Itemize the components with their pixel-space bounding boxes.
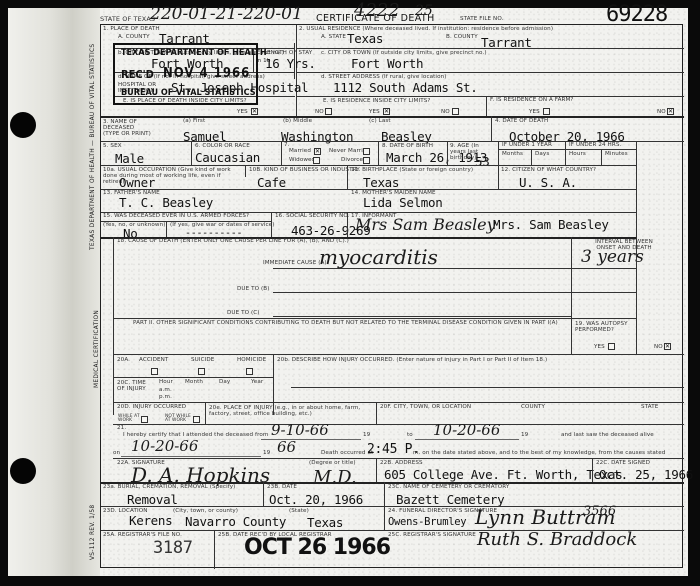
- divider: [214, 530, 215, 569]
- state-label: STATE OF TEXAS: [100, 16, 155, 23]
- birthplace: Texas: [363, 177, 399, 190]
- attended-to: 10-20-66: [433, 423, 500, 438]
- autopsy-no-label: NO: [654, 345, 663, 351]
- divider: [263, 482, 264, 506]
- degree-label: (Degree or title): [309, 461, 356, 467]
- death-inside-yes-label: YES: [237, 110, 248, 116]
- physician-degree: M.D.: [313, 469, 357, 487]
- am-label: a.m.: [159, 388, 172, 394]
- year-label: Year: [251, 380, 263, 386]
- place-of-death-label: 1. PLACE OF DEATH: [103, 27, 160, 33]
- divider: [113, 318, 636, 319]
- farm-no-checkbox[interactable]: [667, 108, 674, 115]
- length-of-stay: 16 Yrs.: [265, 58, 316, 71]
- cemetery-label: 23c. NAME OF CEMETERY OR CREMATORY: [388, 485, 509, 491]
- death-year: 66: [277, 440, 296, 455]
- suicide-checkbox[interactable]: [198, 368, 205, 375]
- date-signed: Oct. 25, 1966: [599, 469, 693, 482]
- last-seen-text: and last saw the deceased alive: [561, 433, 654, 439]
- age: 53: [475, 156, 489, 169]
- registrar-file-number: 3187: [153, 540, 193, 557]
- divider: [113, 402, 684, 403]
- sex-label: 5. SEX: [103, 144, 122, 150]
- burial-date-label: 23b. DATE: [267, 485, 297, 491]
- handwritten-small-number: 25: [415, 4, 433, 18]
- handwritten-codes: 220-01-21-220-01: [150, 6, 303, 23]
- describe-injury-label: 20b. DESCRIBE HOW INJURY OCCURRED. (Ente…: [277, 358, 547, 364]
- on-label: on: [113, 451, 120, 457]
- pm-label: p.m.: [159, 395, 172, 401]
- divider: [113, 237, 114, 415]
- hour-label: Hour: [159, 380, 173, 386]
- state-file-label: STATE FILE NO.: [460, 17, 504, 23]
- due-to-b-label: DUE TO (b): [237, 287, 270, 293]
- stub-label-department: TEXAS DEPARTMENT OF HEALTH — BUREAU OF V…: [88, 44, 96, 250]
- res-inside-yes-checkbox[interactable]: [383, 108, 390, 115]
- res-street: 1112 South Adams St.: [333, 82, 478, 95]
- stamp-received: REC'D: [121, 69, 154, 80]
- widowed-checkbox[interactable]: [313, 157, 320, 164]
- burial-method: Removal: [127, 494, 178, 507]
- death-occurred-at-label: Death occurred at: [321, 451, 373, 457]
- form-stub: [8, 8, 100, 576]
- divider: [498, 165, 636, 166]
- never-married-checkbox[interactable]: [363, 148, 370, 155]
- text-19: 19: [363, 433, 370, 439]
- injury-county-label: COUNTY: [521, 405, 545, 411]
- part2-label: PART II. OTHER SIGNIFICANT CONDITIONS CO…: [133, 321, 558, 327]
- immediate-cause: myocarditis: [319, 247, 438, 267]
- citizen: U. S. A.: [519, 177, 577, 190]
- divider: [113, 354, 684, 355]
- widowed-label: Widowed: [289, 158, 315, 164]
- divider: [121, 456, 261, 457]
- date-of-birth-label: 8. DATE OF BIRTH: [382, 144, 433, 150]
- divider: [565, 141, 566, 165]
- race: Caucasian: [195, 152, 260, 165]
- res-inside-limits-label: e. IS RESIDENCE INSIDE CITY LIMITS?: [323, 99, 430, 105]
- time-of-injury-label: 20c. TIME OF INJURY: [117, 380, 149, 392]
- res-state-label: a. STATE: [321, 35, 346, 41]
- death-inside-yes-checkbox[interactable]: [251, 108, 258, 115]
- res-state: Texas: [347, 33, 383, 46]
- manner-label: 20a.: [117, 358, 130, 364]
- farm-yes-checkbox[interactable]: [543, 108, 550, 115]
- divider: [296, 72, 684, 73]
- cause-label: 18. CAUSE OF DEATH (Enter only one cause…: [117, 239, 349, 245]
- citizen-label: 12. CITIZEN OF WHAT COUNTRY?: [501, 168, 596, 174]
- not-while-at-work-checkbox[interactable]: [193, 416, 200, 423]
- divorced-checkbox[interactable]: [363, 157, 370, 164]
- divider: [271, 212, 272, 237]
- divider: [291, 387, 684, 388]
- handwritten-number: 4222: [354, 2, 400, 20]
- father-name: T. C. Beasley: [119, 197, 213, 210]
- divider: [531, 149, 532, 165]
- farm-no-label: NO: [657, 110, 666, 116]
- divider: [191, 141, 192, 165]
- informant-name: Mrs. Sam Beasley: [493, 219, 609, 232]
- day-label: Day: [219, 380, 230, 386]
- divider: [113, 458, 684, 459]
- autopsy-yes-checkbox[interactable]: [608, 343, 615, 350]
- divider: [166, 221, 167, 237]
- stamp-line3: BUREAU OF VITAL STATISTICS: [121, 89, 256, 98]
- divider: [113, 424, 684, 425]
- res-inside-no-checkbox[interactable]: [452, 108, 459, 115]
- funeral-director-number: 3566: [583, 505, 616, 518]
- divider: [592, 458, 593, 482]
- injury-state-label: STATE: [641, 405, 658, 411]
- burial-location-county: Navarro County: [185, 516, 286, 529]
- immediate-cause-label: IMMEDIATE CAUSE (a): [263, 261, 327, 267]
- funeral-home: Owens-Brumley: [388, 517, 466, 528]
- registrar-signature: Ruth S. Braddock: [477, 531, 637, 549]
- while-at-work-checkbox[interactable]: [141, 416, 148, 423]
- divider: [376, 458, 377, 482]
- divider: [273, 316, 571, 317]
- text-to: to: [407, 433, 413, 439]
- divider: [636, 141, 637, 237]
- divider: [376, 402, 377, 424]
- death-county-label: a. COUNTY: [118, 35, 150, 41]
- informant-signature: Mrs Sam Beasley: [355, 217, 496, 233]
- divider: [101, 165, 498, 166]
- autopsy-no-checkbox[interactable]: [664, 343, 671, 350]
- armed-forces-label: 15. WAS DECEASED EVER IN U.S. ARMED FORC…: [103, 214, 249, 220]
- form-id: VS-112 REV. 1/58: [88, 505, 96, 560]
- medical-certification-label: MEDICAL CERTIFICATION: [92, 310, 100, 388]
- homicide-checkbox[interactable]: [246, 368, 253, 375]
- divider: [636, 237, 637, 354]
- death-certificate-form: 1. PLACE OF DEATH a. COUNTY Tarrant b. C…: [100, 24, 683, 568]
- first-name-label: (a) First: [183, 119, 205, 125]
- divider: [486, 96, 487, 116]
- due-to-c-label: DUE TO (c): [227, 311, 260, 317]
- while-at-work-label: WHILE AT WORK: [118, 415, 140, 424]
- scan-border: [0, 576, 700, 586]
- divider: [498, 149, 636, 150]
- middle-name-label: (b) Middle: [283, 119, 312, 125]
- divider: [245, 165, 246, 177]
- race-label: 6. COLOR OR RACE: [195, 144, 250, 150]
- divider: [571, 237, 572, 354]
- stamp-line1: TEXAS DEPARTMENT OF HEALTH: [121, 49, 267, 58]
- under-1-year-label: IF UNDER 1 YEAR: [502, 143, 552, 149]
- death-inside-no-label: NO: [315, 110, 324, 116]
- text-19c: 19: [263, 451, 270, 457]
- last-name-label: (c) Last: [369, 119, 391, 125]
- death-time: 2:45 P.: [367, 443, 420, 456]
- burial-location-state-sub: (State): [289, 509, 309, 515]
- certify-end-text: m. on the date stated above, and to the …: [413, 451, 665, 457]
- date-of-death-label: 4. DATE OF DEATH: [495, 119, 548, 125]
- mother-name: Lida Selmon: [363, 197, 442, 210]
- res-county-label: b. COUNTY: [446, 35, 478, 41]
- accident-label: ACCIDENT: [139, 358, 168, 364]
- text-19b: 19: [521, 433, 528, 439]
- divider: [296, 48, 684, 49]
- res-inside-no-label: NO: [441, 110, 450, 116]
- divider: [281, 141, 282, 165]
- days-label: Days: [535, 152, 549, 158]
- divider: [113, 377, 273, 378]
- divider: [347, 165, 348, 189]
- burial-location-city: Kerens: [129, 515, 172, 528]
- physician-address: 605 College Ave. Ft. Worth, Texas: [384, 469, 622, 482]
- registrar-signature-label: 25c. REGISTRAR'S SIGNATURE: [388, 533, 476, 539]
- burial-location-state: Texas: [307, 517, 343, 530]
- stamp-date: NOV 4 1966: [163, 67, 250, 80]
- months-label: Months: [502, 152, 523, 158]
- divider: [447, 141, 448, 165]
- injury-occurred-label: 20d. INJURY OCCURRED: [117, 405, 186, 411]
- suicide-label: SUICIDE: [191, 358, 214, 364]
- minutes-label: Minutes: [605, 152, 628, 158]
- date-signed-label: 22c. DATE SIGNED: [596, 461, 650, 467]
- divider: [261, 439, 361, 440]
- not-while-at-work-label: NOT WHILE AT WORK: [165, 415, 193, 424]
- month-label: Month: [185, 380, 203, 386]
- death-inside-no-checkbox[interactable]: [325, 108, 332, 115]
- occupation: Owner: [119, 177, 155, 190]
- injury-location-label: 20f. CITY, TOWN, OR LOCATION: [380, 405, 471, 411]
- farm-label: f. IS RESIDENCE ON A FARM?: [490, 98, 574, 104]
- divider: [347, 212, 348, 237]
- homicide-label: HOMICIDE: [237, 358, 266, 364]
- punch-hole-top: [10, 112, 36, 138]
- interval-onset-death: 3 years: [581, 249, 644, 266]
- sex: Male: [115, 153, 144, 166]
- divider: [601, 149, 602, 165]
- res-city: Fort Worth: [351, 58, 423, 71]
- attended-from: 9-10-66: [271, 423, 329, 438]
- birthplace-label: 11. BIRTHPLACE (State or foreign country…: [351, 168, 473, 174]
- certification-number: 21.: [117, 426, 126, 432]
- place-of-injury-label: 20e. PLACE OF INJURY (e.g., in or about …: [209, 405, 369, 418]
- divider: [415, 439, 519, 440]
- divider: [491, 116, 492, 141]
- burial-method-label: 23a. BURIAL, CREMATION, REMOVAL (Specify…: [103, 485, 235, 491]
- autopsy-label: 19. WAS AUTOPSY PERFORMED?: [575, 321, 635, 334]
- hours-label: Hours: [569, 152, 586, 158]
- married-label: Married: [289, 149, 311, 155]
- divider: [205, 402, 206, 424]
- last-seen-date: 10-20-66: [131, 439, 198, 454]
- divider: [273, 292, 571, 293]
- business: Cafe: [257, 177, 286, 190]
- res-inside-yes-label: YES: [369, 110, 380, 116]
- deceased-name-label: 3. NAME OF DECEASED (Type or print): [103, 119, 151, 137]
- burial-date: Oct. 20, 1966: [269, 494, 363, 507]
- received-stamp: TEXAS DEPARTMENT OF HEALTH REC'D NOV 4 1…: [113, 43, 258, 105]
- under-24-hrs-label: IF UNDER 24 HRS.: [569, 143, 621, 149]
- business-label: 10b. KIND OF BUSINESS OR INDUSTRY: [249, 168, 360, 174]
- residence-label: 2. USUAL RESIDENCE (Where deceased lived…: [299, 27, 553, 33]
- divider: [273, 268, 571, 269]
- autopsy-yes-label: YES: [594, 345, 605, 351]
- punch-hole-bottom: [10, 458, 36, 484]
- divider: [378, 141, 379, 165]
- ssn-label: 16. SOCIAL SECURITY NO.: [275, 214, 350, 220]
- accident-checkbox[interactable]: [151, 368, 158, 375]
- farm-yes-label: YES: [529, 110, 540, 116]
- registrar-date-received: OCT 26 1966: [244, 537, 390, 559]
- address-label: 22b. ADDRESS: [380, 461, 423, 467]
- married-checkbox[interactable]: [314, 148, 321, 155]
- divider: [571, 268, 636, 269]
- divider: [571, 292, 636, 293]
